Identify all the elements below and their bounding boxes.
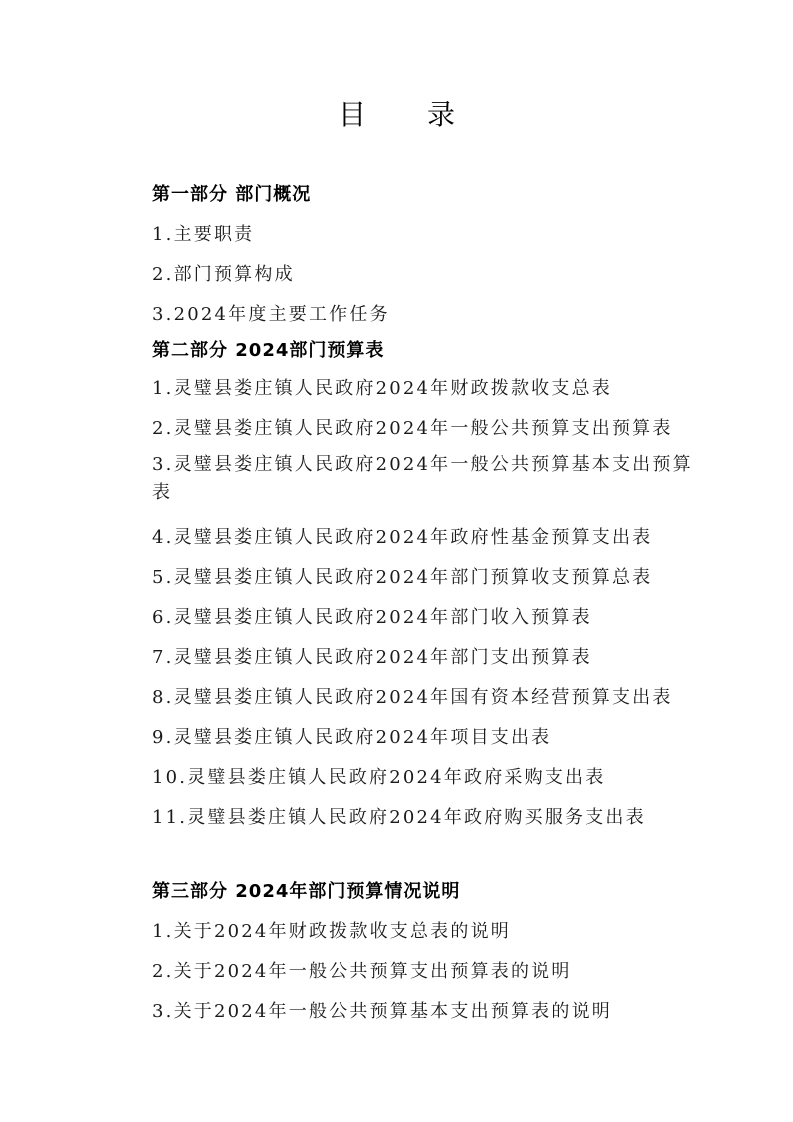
toc-item[interactable]: 1.关于2024年财政拨款收支总表的说明 [152, 917, 511, 943]
toc-item[interactable]: 10.灵璧县娄庄镇人民政府2024年政府采购支出表 [152, 763, 605, 789]
toc-item[interactable]: 9.灵璧县娄庄镇人民政府2024年项目支出表 [152, 723, 551, 749]
section-heading-part-3: 第三部分 2024年部门预算情况说明 [152, 877, 460, 903]
toc-item[interactable]: 5.灵璧县娄庄镇人民政府2024年部门预算收支预算总表 [152, 563, 652, 589]
toc-item[interactable]: 3.灵璧县娄庄镇人民政府2024年一般公共预算基本支出预算表 [152, 451, 697, 507]
toc-item[interactable]: 2.关于2024年一般公共预算支出预算表的说明 [152, 957, 572, 983]
section-heading-part-2: 第二部分 2024部门预算表 [152, 336, 384, 362]
toc-item[interactable]: 2.部门预算构成 [152, 260, 295, 286]
page-title: 目 录 [0, 93, 793, 133]
toc-item[interactable]: 6.灵璧县娄庄镇人民政府2024年部门收入预算表 [152, 603, 592, 629]
toc-item[interactable]: 1.主要职责 [152, 220, 254, 246]
toc-item[interactable]: 3.关于2024年一般公共预算基本支出预算表的说明 [152, 997, 612, 1023]
toc-item[interactable]: 3.2024年度主要工作任务 [152, 300, 390, 326]
toc-item[interactable]: 4.灵璧县娄庄镇人民政府2024年政府性基金预算支出表 [152, 523, 652, 549]
toc-item[interactable]: 7.灵璧县娄庄镇人民政府2024年部门支出预算表 [152, 643, 592, 669]
toc-item[interactable]: 8.灵璧县娄庄镇人民政府2024年国有资本经营预算支出表 [152, 683, 673, 709]
toc-item[interactable]: 2.灵璧县娄庄镇人民政府2024年一般公共预算支出预算表 [152, 414, 673, 440]
section-heading-part-1: 第一部分 部门概况 [152, 180, 311, 206]
toc-item[interactable]: 11.灵璧县娄庄镇人民政府2024年政府购买服务支出表 [152, 803, 646, 829]
toc-item[interactable]: 1.灵璧县娄庄镇人民政府2024年财政拨款收支总表 [152, 374, 612, 400]
